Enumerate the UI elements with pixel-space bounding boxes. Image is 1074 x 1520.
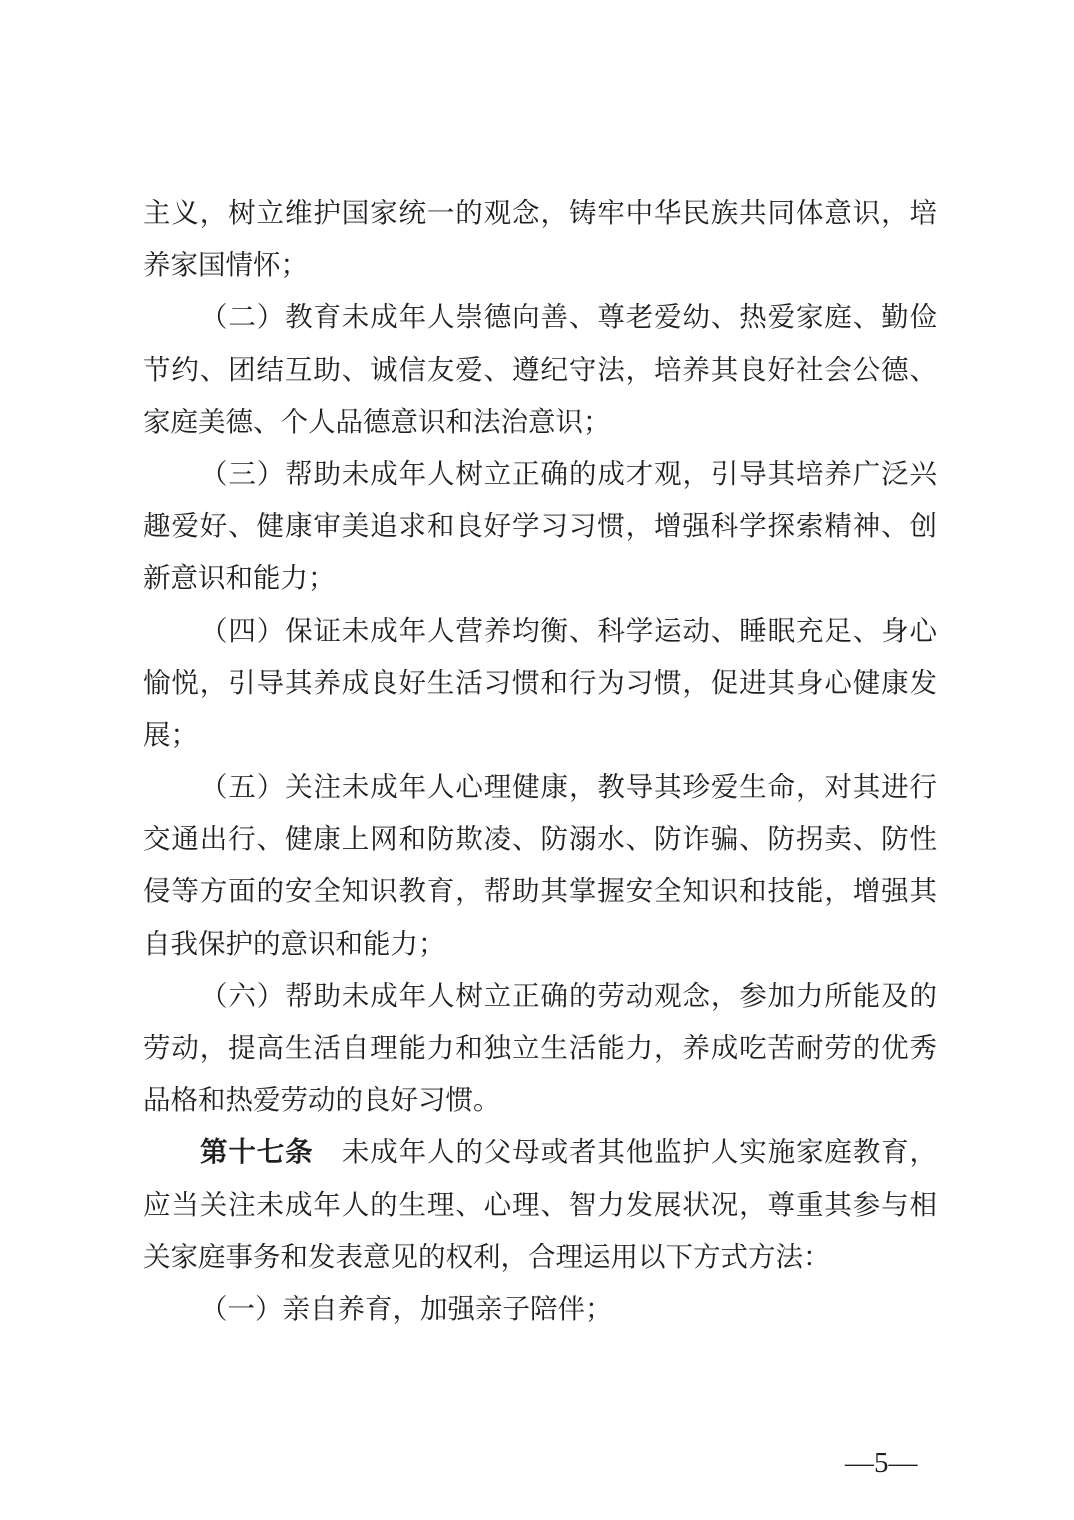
text-line: （三）帮助未成年人树立正确的成才观，引导其培养广泛兴: [143, 448, 937, 500]
text-line: 品格和热爱劳动的良好习惯。: [143, 1074, 937, 1126]
text-line: 节约、团结互助、诚信友爱、遵纪守法，培养其良好社会公德、: [143, 344, 937, 396]
text-line: 第十七条 未成年人的父母或者其他监护人实施家庭教育，: [143, 1126, 937, 1178]
text-segment: 家庭美德、个人品德意识和法治意识；: [143, 406, 611, 437]
text-segment: 趣爱好、健康审美追求和良好学习习惯，增强科学探索精神、创: [143, 510, 937, 541]
text-line: 趣爱好、健康审美追求和良好学习习惯，增强科学探索精神、创: [143, 500, 937, 552]
text-line: 自我保护的意识和能力；: [143, 918, 937, 970]
text-line: 新意识和能力；: [143, 552, 937, 604]
text-line: （六）帮助未成年人树立正确的劳动观念，参加力所能及的: [143, 970, 937, 1022]
text-line: 侵等方面的安全知识教育，帮助其掌握安全知识和技能，增强其: [143, 865, 937, 917]
text-line: 关家庭事务和发表意见的权利，合理运用以下方式方法：: [143, 1231, 937, 1283]
page-number: —5—: [845, 1447, 918, 1480]
text-segment: （三）帮助未成年人树立正确的成才观，引导其培养广泛兴: [200, 458, 937, 489]
text-line: 应当关注未成年人的生理、心理、智力发展状况，尊重其参与相: [143, 1179, 937, 1231]
text-segment: 交通出行、健康上网和防欺凌、防溺水、防诈骗、防拐卖、防性: [143, 823, 937, 854]
text-segment: 新意识和能力；: [143, 562, 336, 593]
text-line: 交通出行、健康上网和防欺凌、防溺水、防诈骗、防拐卖、防性: [143, 813, 937, 865]
text-line: （二）教育未成年人崇德向善、尊老爱幼、热爱家庭、勤俭: [143, 291, 937, 343]
text-segment: 节约、团结互助、诚信友爱、遵纪守法，培养其良好社会公德、: [143, 354, 937, 385]
text-segment: 未成年人的父母或者其他监护人实施家庭教育，: [314, 1136, 937, 1167]
text-segment: （一）亲自养育，加强亲子陪伴；: [200, 1293, 613, 1324]
text-segment: 关家庭事务和发表意见的权利，合理运用以下方式方法：: [143, 1241, 831, 1272]
text-segment: （二）教育未成年人崇德向善、尊老爱幼、热爱家庭、勤俭: [200, 301, 937, 332]
text-segment: 应当关注未成年人的生理、心理、智力发展状况，尊重其参与相: [143, 1189, 937, 1220]
text-segment: 侵等方面的安全知识教育，帮助其掌握安全知识和技能，增强其: [143, 875, 937, 906]
text-segment: 愉悦，引导其养成良好生活习惯和行为习惯，促进其身心健康发: [143, 667, 937, 698]
article-number: 第十七条: [200, 1136, 314, 1167]
text-line: 养家国情怀；: [143, 239, 937, 291]
text-segment: 展；: [143, 719, 198, 750]
text-segment: 主义，树立维护国家统一的观念，铸牢中华民族共同体意识，培: [143, 197, 937, 228]
text-line: 家庭美德、个人品德意识和法治意识；: [143, 396, 937, 448]
document-page: 主义，树立维护国家统一的观念，铸牢中华民族共同体意识，培养家国情怀；（二）教育未…: [0, 0, 1074, 1520]
document-body: 主义，树立维护国家统一的观念，铸牢中华民族共同体意识，培养家国情怀；（二）教育未…: [143, 187, 937, 1335]
text-segment: （四）保证未成年人营养均衡、科学运动、睡眠充足、身心: [200, 615, 937, 646]
text-line: （四）保证未成年人营养均衡、科学运动、睡眠充足、身心: [143, 605, 937, 657]
text-line: 展；: [143, 709, 937, 761]
text-segment: 劳动，提高生活自理能力和独立生活能力，养成吃苦耐劳的优秀: [143, 1032, 937, 1063]
text-segment: 养家国情怀；: [143, 249, 308, 280]
text-line: 愉悦，引导其养成良好生活习惯和行为习惯，促进其身心健康发: [143, 657, 937, 709]
text-line: （五）关注未成年人心理健康，教导其珍爱生命，对其进行: [143, 761, 937, 813]
text-segment: 品格和热爱劳动的良好习惯。: [143, 1084, 501, 1115]
text-line: 主义，树立维护国家统一的观念，铸牢中华民族共同体意识，培: [143, 187, 937, 239]
text-line: （一）亲自养育，加强亲子陪伴；: [143, 1283, 937, 1335]
text-segment: （五）关注未成年人心理健康，教导其珍爱生命，对其进行: [200, 771, 937, 802]
text-segment: （六）帮助未成年人树立正确的劳动观念，参加力所能及的: [200, 980, 937, 1011]
text-segment: 自我保护的意识和能力；: [143, 928, 446, 959]
text-line: 劳动，提高生活自理能力和独立生活能力，养成吃苦耐劳的优秀: [143, 1022, 937, 1074]
